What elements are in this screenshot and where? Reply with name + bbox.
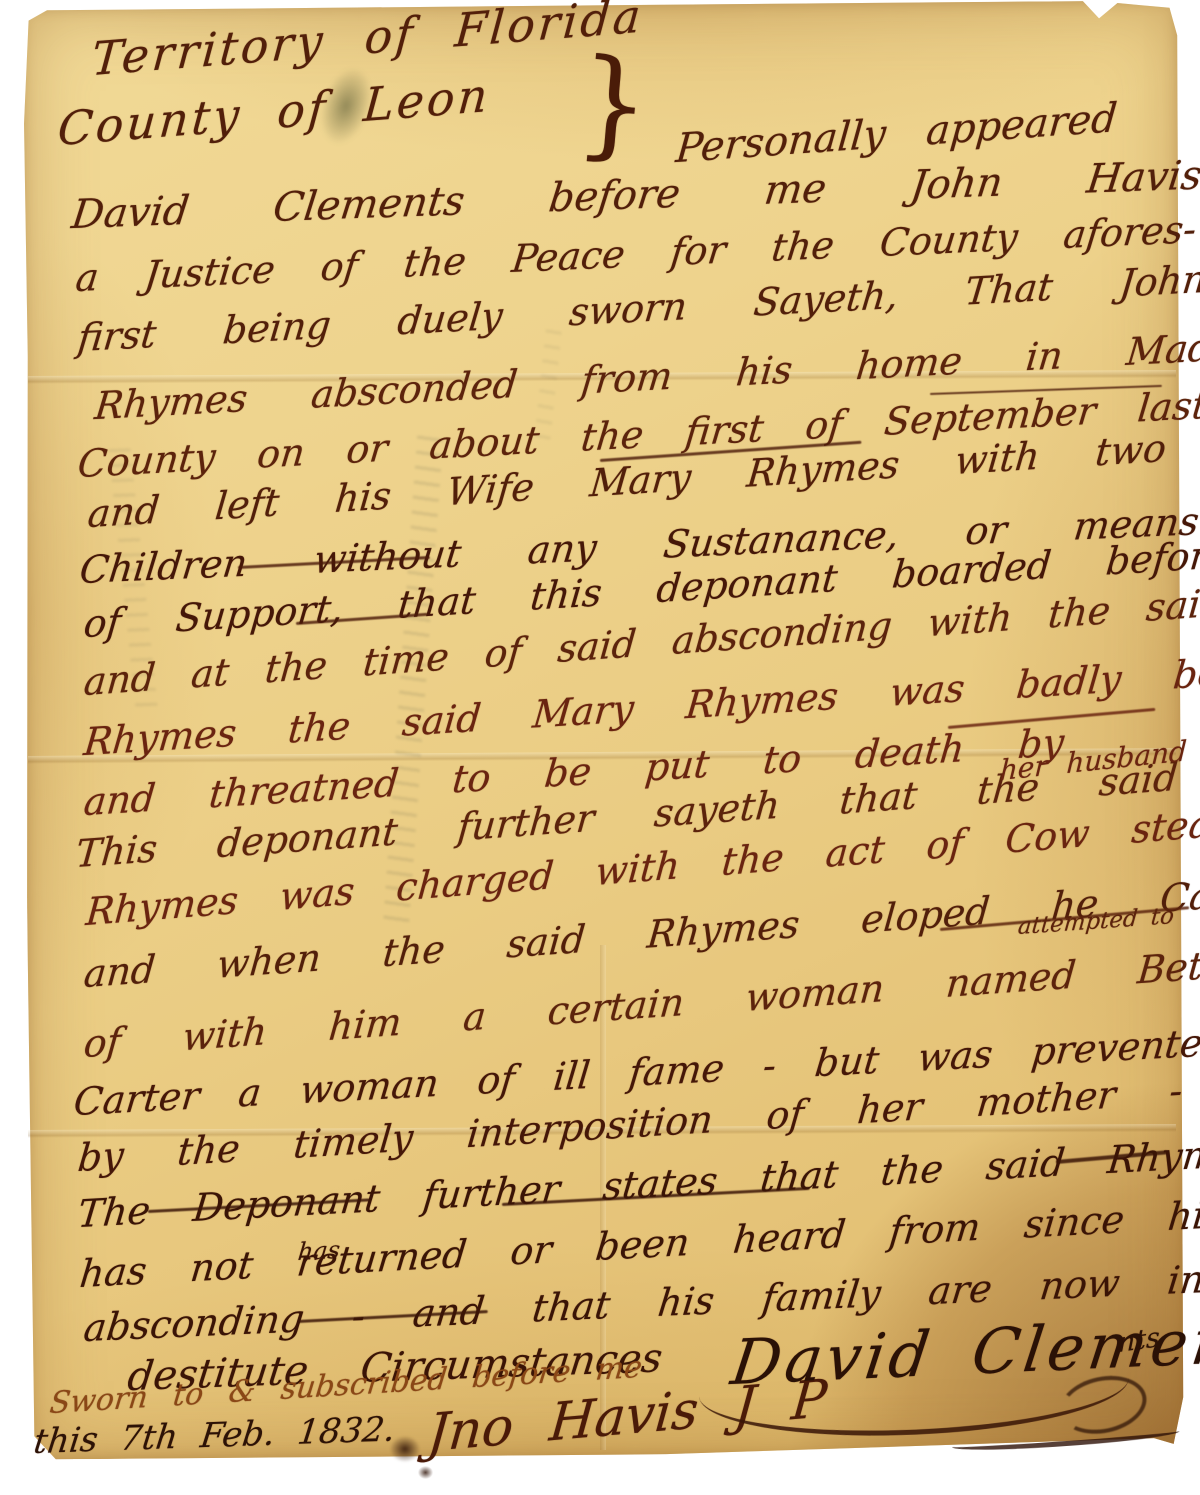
- scanned-document-page: Territory of Florida County of Leon } Pe…: [0, 0, 1200, 1495]
- header-brace: }: [572, 33, 655, 175]
- ink-blot: [418, 1466, 433, 1479]
- ink-blot: [390, 1436, 420, 1462]
- insertion-has: has: [297, 1236, 342, 1266]
